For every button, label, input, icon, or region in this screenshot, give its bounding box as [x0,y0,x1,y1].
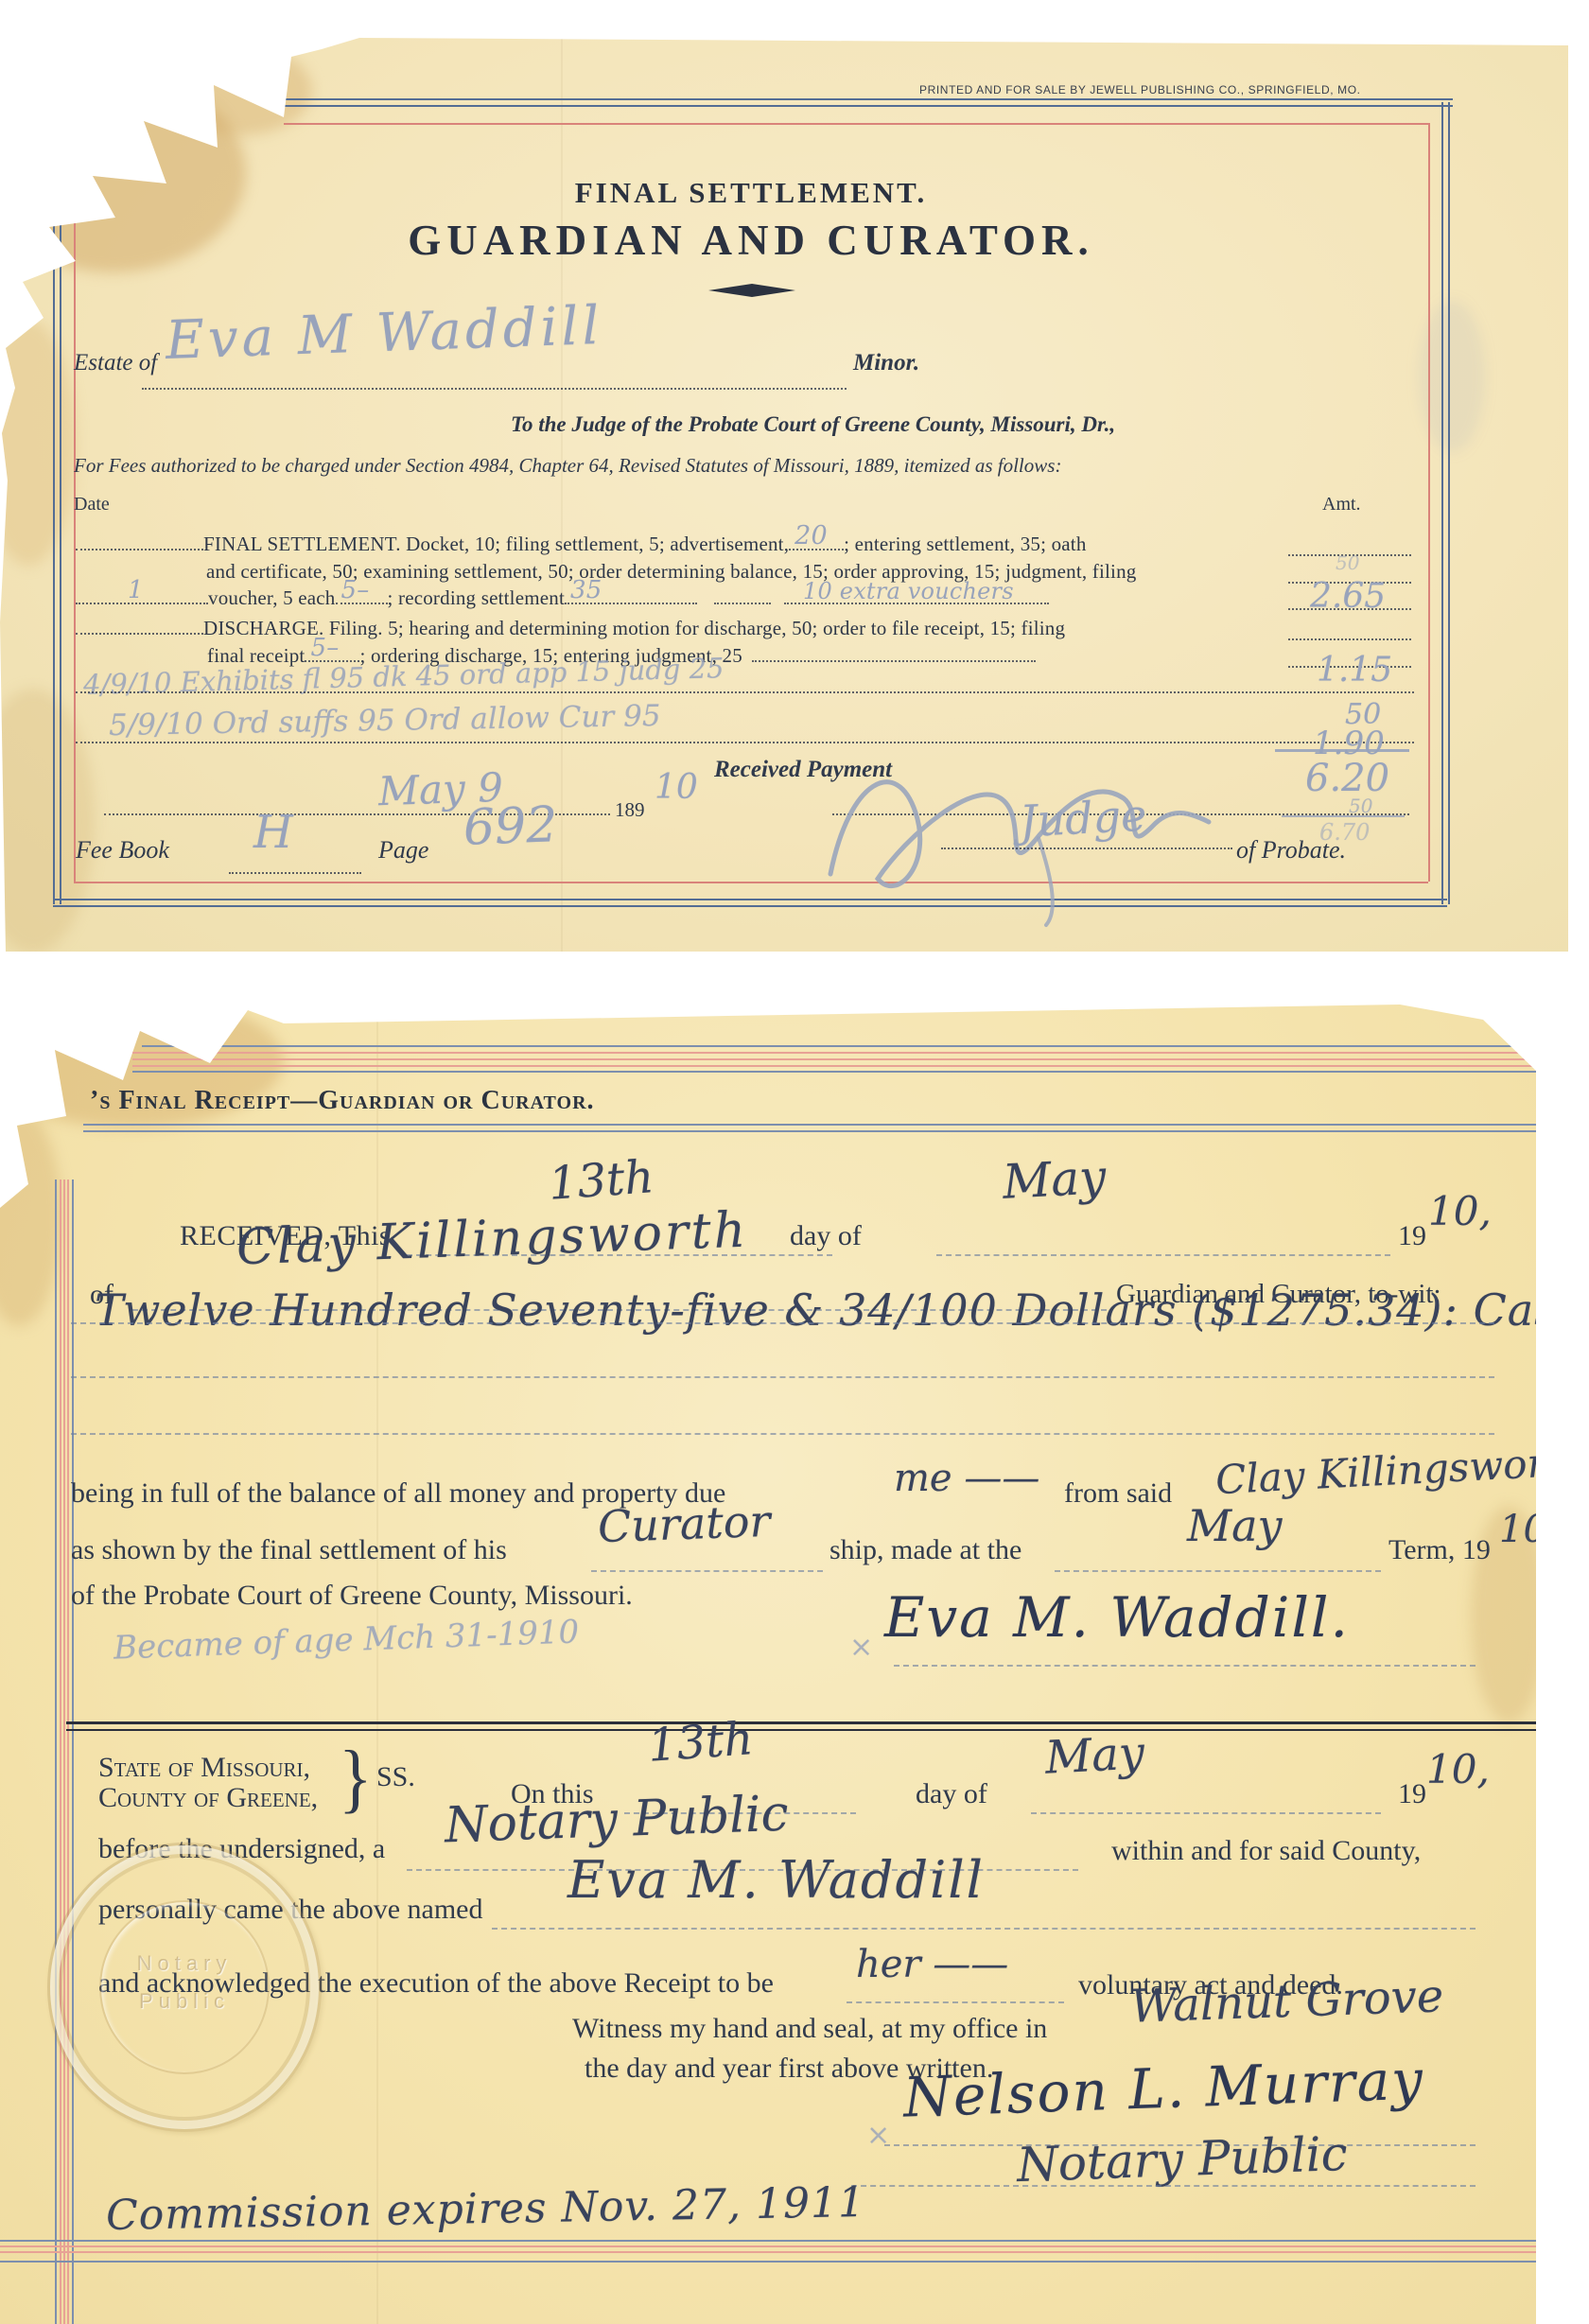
fold-crease [376,1005,378,2324]
settlement-text: ; entering settlement, 35; oath [844,533,1086,555]
dashed-line [71,1322,1494,1324]
authorization-line: For Fees authorized to be charged under … [74,454,1061,478]
receipt-header: ’s Final Receipt—Guardian or Curator. [90,1086,595,1116]
border-rule-left-blue [53,102,61,904]
term-year-label: Term, 19 [1388,1534,1491,1566]
dotted-leader: 1 [76,599,208,604]
due-me-handwritten: me —— [894,1457,1039,1500]
amount-column-label: Amt. [1322,494,1361,515]
amount-dots [1288,638,1411,640]
final-receipt-document: ’s Final Receipt—Guardian or Curator. RE… [0,1005,1536,2324]
signature-x-mark: × [849,1631,873,1664]
notary-title-handwritten: Notary Public [1016,2126,1348,2193]
day-handwritten: 13th [547,1150,655,1211]
dashed-line [847,2001,1064,2003]
notary-day-handwritten: 13th [646,1712,755,1773]
dotted-line [76,691,1414,693]
ward-signature: Eva M. Waddill. [884,1585,1350,1650]
notary-month-handwritten: May [1044,1726,1146,1784]
amount-subtotal: 6.20 [1305,757,1389,800]
dotted-line [941,847,1232,849]
paper-stain [0,320,76,566]
year-handwritten: 10 [655,768,698,807]
estate-label: Estate of [74,350,157,376]
ward-name-handwritten: Eva M. Waddill [567,1850,985,1910]
extra-vouchers-handwritten: 10 extra vouchers [803,578,1014,604]
day-of-label: day of [790,1220,862,1252]
notary-year-handwritten: 10, [1426,1746,1490,1792]
ship-made-at-label: ship, made at the [829,1534,1021,1566]
from-said-label: from said [1064,1477,1172,1510]
sum-rule [1275,749,1409,752]
border-rule-top-red [284,123,1428,125]
minor-label: Minor. [853,350,919,376]
dotted-leader [76,545,203,550]
addressee-line: To the Judge of the Probate Court of Gre… [511,412,1115,437]
guardian-name-handwritten: Clay Killingsworth [236,1202,749,1277]
diamond-divider [708,284,795,297]
recording-fee-handwritten: 35 [570,576,602,604]
dotted-leader: 10 extra vouchers [784,599,1049,604]
page-label: Page [378,836,428,865]
border-band-red [132,1052,1536,1067]
section-divider [66,1729,1536,1731]
seal-text-public: Public [50,1989,319,2014]
within-county-label: within and for said County, [1111,1835,1421,1867]
year-handwritten: 10, [1428,1188,1492,1234]
amount-words-handwritten: Twelve Hundred Seventy-five & 34/100 Dol… [95,1284,1586,1336]
seal-text-notary: Notary [50,1951,319,1976]
office-location-handwritten: Walnut Grove [1129,1969,1444,2034]
signature-x-mark: × [866,2119,890,2152]
settlement-text: ; recording settlement [388,586,566,609]
border-rule-top-blue [272,98,1453,107]
venue-ss: SS. [376,1761,415,1793]
venue-county: County of Greene, [98,1782,318,1814]
blank-each: 5– [336,599,388,604]
day-of-label2: day of [916,1778,987,1810]
publisher-imprint: PRINTED AND FOR SALE BY JEWELL PUBLISHIN… [919,83,1361,96]
paper-stain [170,45,312,135]
year-printed: 189 [615,798,645,822]
date-column-label: Date [74,494,110,515]
border-rule-right-red [1428,123,1430,882]
commission-expiry-handwritten: Commission expires Nov. 27, 1911 [106,2178,866,2240]
border-rule-bottom-blue2 [0,2261,1536,2263]
header-underline [83,1124,1536,1132]
notary-seal: Notary Public [47,1843,322,2132]
scanned-documents-page: T FOR FEES. PRINTED AND FOR SALE BY JEWE… [0,0,1589,2324]
page-value-handwritten: 692 [463,796,558,856]
witness-line1: Witness my hand and seal, at my office i… [572,2013,1047,2045]
amount-discharge: 1.15 [1317,651,1392,690]
document-title: FINAL SETTLEMENT. [89,176,1413,210]
border-band-red-bottom [0,2245,1536,2257]
section-divider [66,1721,1536,1724]
final-settlement-text: as shown by the final settlement of his [71,1534,507,1566]
amount-settlement: 2.65 [1310,577,1386,616]
fee-book-value-handwritten: H [253,806,293,859]
advertisement-fee-handwritten: 20 [794,521,828,550]
dotted-leader [76,629,203,635]
border-rule-bottom-blue [0,2240,1536,2242]
year-printed: 19 [1398,1220,1426,1252]
blank-recording: 35 [565,599,697,604]
dotted-leader [752,656,1036,662]
dashed-line [591,1570,823,1572]
dashed-line [1055,1570,1381,1572]
discharge-fee-line1: DISCHARGE. Filing. 5; hearing and determ… [76,617,1065,640]
settlement-text: FINAL SETTLEMENT. Docket, 10; filing set… [203,533,789,555]
voucher-count-handwritten: 1 [128,576,144,604]
border-band-left [55,1179,74,2324]
dashed-line [492,1928,1475,1930]
border-rule-right-blue [1441,102,1450,904]
pencil-entry-row2: 5/9/10 Ord suffs 95 Ord allow Cur 95 [109,699,661,743]
border-rule-top-blue2 [132,1071,1536,1073]
probate-court-line: of the Probate Court of Greene County, M… [71,1580,633,1612]
venue-state: State of Missouri, [98,1752,310,1784]
settlement-fee-line3: 1voucher, 5 each5–; recording settlement… [76,586,1049,610]
paper-stain [0,1109,61,1326]
venue-brace: } [339,1735,373,1824]
notary-year-printed: 19 [1398,1778,1426,1810]
dashed-line [71,1433,1494,1435]
blank-advertisement: 20 [789,545,844,550]
of-probate-label: of Probate. [1236,836,1346,865]
each-fee-handwritten: 5– [341,576,370,604]
settlement-text: voucher, 5 each [208,586,336,609]
dashed-line [851,2185,1475,2187]
dashed-line [1031,1812,1381,1814]
dotted-leader [714,599,771,604]
final-settlement-document: T FOR FEES. PRINTED AND FOR SALE BY JEWE… [0,36,1568,952]
guardian-name2-handwritten: Clay Killingsworth [1214,1438,1589,1504]
month-handwritten: May [1002,1149,1108,1210]
paper-stain [0,689,95,953]
dashed-line [894,1665,1475,1667]
curator-handwritten: Curator [597,1495,771,1552]
dashed-line [71,1376,1494,1378]
term-month-handwritten: May [1187,1500,1283,1551]
final-receipt-fee-handwritten: 5– [310,634,339,662]
notary-seal-inner-ring [99,1900,270,2074]
amount-faint: 50 [1336,551,1359,574]
term-year-handwritten: 10 [1499,1508,1547,1551]
border-rule-top-blue [142,1045,1536,1047]
fee-book-label: Fee Book [76,836,169,865]
dotted-line [142,388,847,390]
document-subtitle: GUARDIAN AND CURATOR. [89,216,1413,265]
dashed-line [936,1254,1390,1256]
age-pencil-note: Became of age Mch 31-1910 [113,1613,579,1667]
dotted-line [229,872,361,874]
sum-rule [1282,815,1405,817]
notary-public-handwritten: Notary Public [444,1786,789,1855]
judge-word-handwritten: Judge [1019,790,1148,847]
corner-label: T FOR FEES. [142,45,275,68]
her-handwritten: her —— [856,1943,1008,1986]
settlement-fee-line1: FINAL SETTLEMENT. Docket, 10; filing set… [76,533,1087,556]
estate-name-handwritten: Eva M Waddill [165,295,603,372]
